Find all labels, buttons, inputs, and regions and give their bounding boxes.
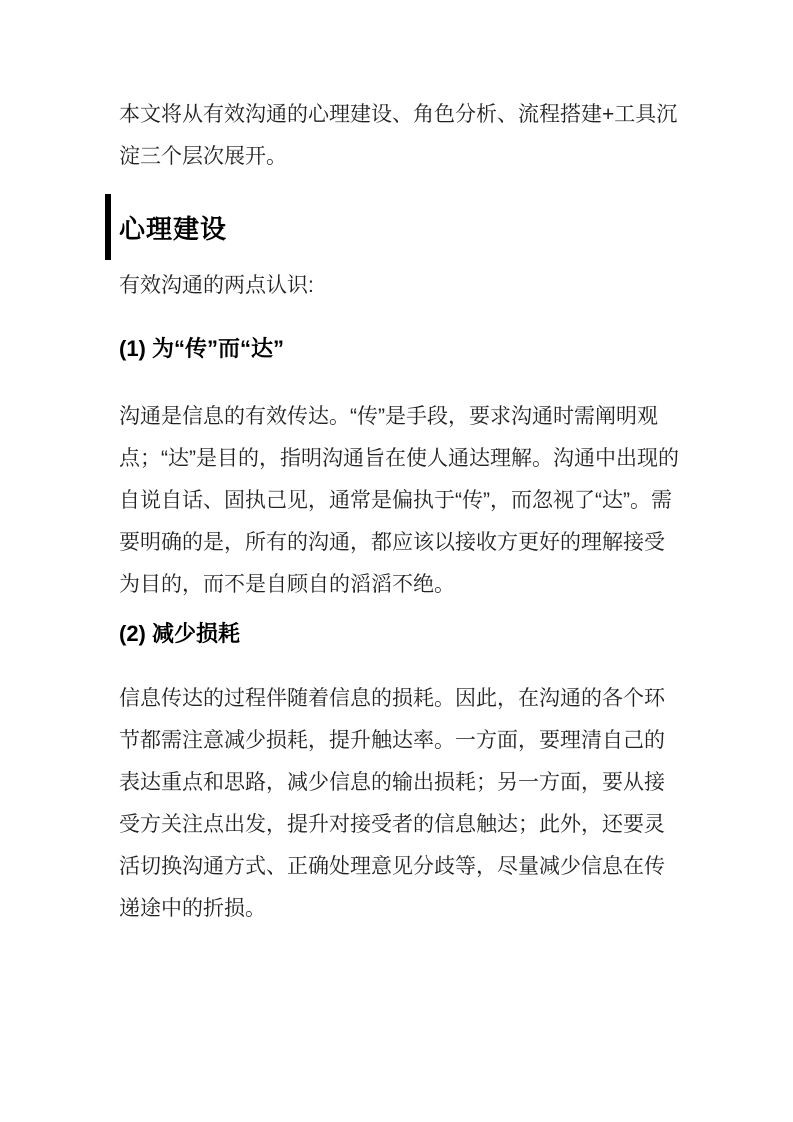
point-2-body: 信息传达的过程伴随着信息的损耗。因此，在沟通的各个环节都需注意减少损耗，提升触达…: [119, 678, 681, 930]
point-2-heading: (2) 减少损耗: [119, 619, 681, 649]
section-heading-psychology: 心理建设: [105, 194, 681, 260]
section-lead-text: 有效沟通的两点认识:: [119, 265, 681, 307]
intro-paragraph: 本文将从有效沟通的心理建设、角色分析、流程搭建+工具沉淀三个层次展开。: [119, 94, 681, 178]
point-1-body: 沟通是信息的有效传达。“传”是手段，要求沟通时需阐明观点；“达”是目的，指明沟通…: [119, 396, 681, 606]
section-heading-text: 心理建设: [119, 209, 227, 246]
point-1-heading: (1) 为“传”而“达”: [119, 334, 681, 364]
document-page: 本文将从有效沟通的心理建设、角色分析、流程搭建+工具沉淀三个层次展开。 心理建设…: [0, 0, 793, 1122]
